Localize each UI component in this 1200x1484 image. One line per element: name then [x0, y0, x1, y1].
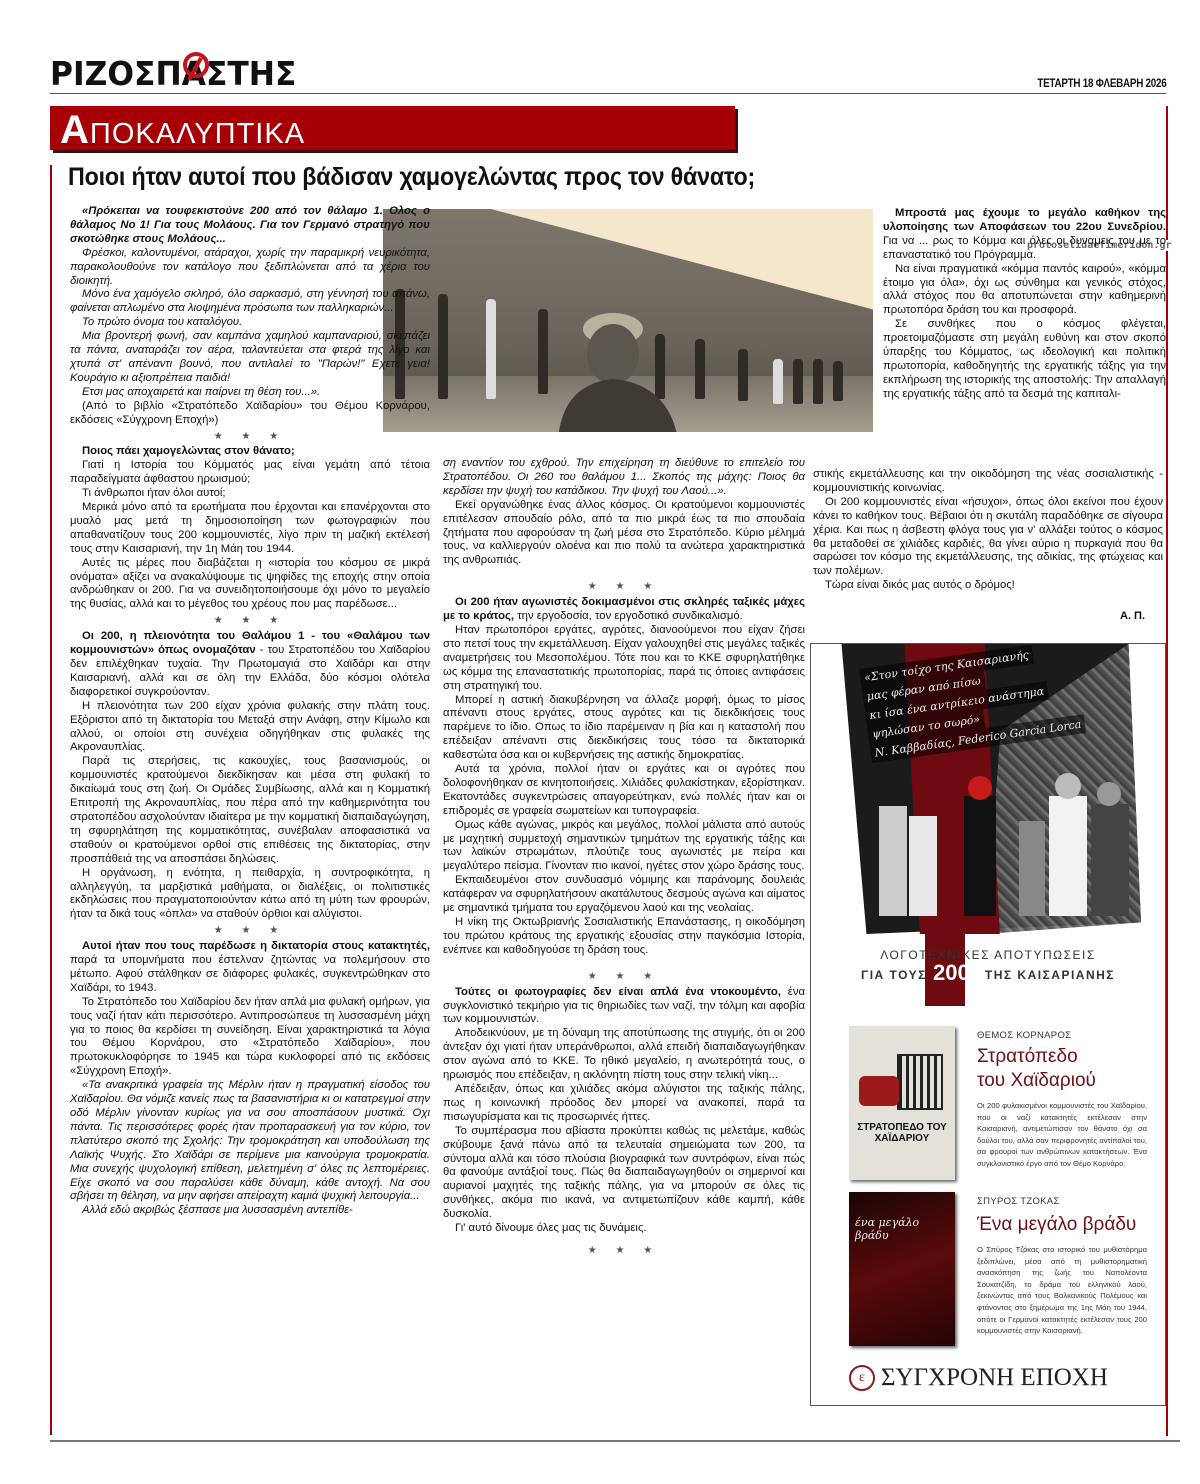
photo-figure — [438, 294, 448, 399]
photo-figure — [813, 359, 823, 404]
right-red-rule — [1166, 106, 1168, 1436]
book-author: ΘΕΜΟΣ ΚΟΡΝΑΡΟΣ — [977, 1030, 1071, 1041]
article-column-3-top: Μπροστά μας έχουμε το μεγάλο καθήκον της… — [883, 207, 1166, 402]
paragraph: Οι 200 κομμουνιστές είναι «ήσυχοι», όπως… — [813, 496, 1163, 579]
paragraph: Απέδειξαν, όπως και χιλιάδες ακόμα αλύγι… — [443, 1083, 805, 1125]
paragraph: Ετσι μας αποχαιρετά και παίρνει τη θέση … — [70, 386, 430, 400]
lead-in: Μπροστά μας έχουμε το μεγάλο καθήκον της… — [883, 207, 1166, 233]
paragraph: Μερικά μόνο από τα ερωτήματα που έρχοντα… — [70, 501, 430, 557]
book-cover-title: ένα μεγάλο βράδυ — [855, 1216, 955, 1242]
section-divider: ★ ★ ★ — [443, 970, 805, 984]
lead-in-rest: την εργοδοσία, τον εργοδοτικό συνδικαλισ… — [514, 610, 743, 622]
paragraph: στικής εκμετάλλευσης και την οικοδόμηση … — [813, 468, 1163, 496]
book-author: ΣΠΥΡΟΣ ΤΖΟΚΑΣ — [977, 1196, 1060, 1207]
ad-number-200: 200 — [933, 960, 970, 986]
publisher-logo: ε ΣΥΓΧΡΟΝΗ ΕΠΟΧΗ — [849, 1364, 1108, 1392]
photo-figure — [793, 359, 803, 404]
paragraph: Η νίκη της Οκτωβριανής Σοσιαλιστικής Επα… — [443, 916, 805, 958]
execution-photo — [383, 209, 873, 432]
paragraph: Αυτές τις μέρες που διαβάζεται η «ιστορί… — [70, 557, 430, 613]
ad-subtitle: ΛΟΓΟΤΕΧΝΙΚΕΣ ΑΠΟΤΥΠΩΣΕΙΣ — [811, 948, 1165, 962]
paragraph: «Τα ανακριτικά γραφεία της Μέρλιν ήταν η… — [70, 1079, 430, 1204]
book-cover-title: ΣΤΡΑΤΟΠΕΔΟ ΤΟΥ ΧΑΪΔΑΡΙΟΥ — [857, 1122, 947, 1144]
paragraph: Η πλειονότητα των 200 είχαν χρόνια φυλακ… — [70, 700, 430, 756]
photo-figure — [833, 361, 843, 401]
ad-subtitle-left: ΓΙΑ ΤΟΥΣ — [861, 968, 927, 982]
opening-quote: «Πρόκειται να τουφεκιστούνε 200 από τον … — [70, 205, 430, 247]
book-title: Στρατόπεδο — [977, 1046, 1078, 1068]
hammer-sickle-icon — [181, 50, 211, 88]
page-bottom-rule — [50, 1440, 1180, 1442]
paragraph: Παρά τις στερήσεις, τις κακουχίες, τους … — [70, 755, 430, 866]
paragraph: Αυτά τα χρόνια, πολλοί ήταν οι εργάτες κ… — [443, 763, 805, 819]
newspaper-logo: ΡΙΖΟΣΠΑΣΤΗΣ — [50, 54, 296, 93]
ad-cover-people — [869, 766, 1139, 916]
prisoners-illustration — [859, 1076, 899, 1106]
photo-figure — [738, 349, 748, 401]
paragraph: Να είναι πραγματικά «κόμμα παντός καιρού… — [883, 263, 1166, 319]
article-column-3-bottom: στικής εκμετάλλευσης και την οικοδόμηση … — [813, 468, 1163, 593]
book-title: Ένα μεγάλο βράδυ — [977, 1214, 1136, 1236]
paragraph: Ηταν πρωτοπόροι εργάτες, αγρότες, διανοο… — [443, 624, 805, 694]
section-divider: ★ ★ ★ — [70, 430, 430, 444]
quote-source: (Από το βιβλίο «Στρατόπεδο Χαϊδαρίου» το… — [70, 400, 430, 428]
publisher-name: ΣΥΓΧΡΟΝΗ ΕΠΟΧΗ — [881, 1364, 1108, 1392]
subheading: Ποιος πάει χαμογελώντας στον θάνατο; — [70, 445, 430, 459]
paragraph: Αυτοί ήταν που τους παρέδωσε η δικτατορί… — [70, 940, 430, 996]
paragraph: Τώρα είναι δικός μας αυτός ο δρόμος! — [813, 579, 1163, 593]
article-column-2: ση εναντίον του εχθρού. Την επιχείρηση τ… — [443, 457, 805, 1260]
paragraph: Φρέσκοι, καλοντυμένοι, ατάραχοι, χωρίς τ… — [70, 247, 430, 289]
paragraph: Το συμπέρασμα που αβίαστα προκύπτει καθώ… — [443, 1125, 805, 1222]
ad-subtitle-right: ΤΗΣ ΚΑΙΣΑΡΙΑΝΗΣ — [985, 968, 1115, 982]
paragraph: Εκεί οργανώθηκε ένας άλλος κόσμος. Οι κρ… — [443, 499, 805, 569]
ad-cover-image: «Στον τοίχο της Καισαριανής μας φέραν απ… — [829, 644, 1141, 934]
section-title-rest: ΠΟΚΑΛΥΠΤΙΚΑ — [90, 118, 305, 150]
paragraph: Η οργάνωση, η ενότητα, η πειθαρχία, η συ… — [70, 867, 430, 923]
publisher-mark-icon: ε — [849, 1365, 875, 1391]
paragraph: Τούτες οι φωτογραφίες δεν είναι απλά ένα… — [443, 986, 805, 1028]
author-initials: Α. Π. — [1120, 610, 1145, 622]
paragraph: Το Στρατόπεδο του Χαϊδαρίου δεν ήταν απλ… — [70, 996, 430, 1079]
book-cover-megalo-vradu[interactable]: ένα μεγάλο βράδυ — [849, 1192, 955, 1346]
masthead: ΡΙΖΟΣΠΑΣΤΗΣ ΤΕΤΑΡΤΗ 18 ΦΛΕΒΑΡΗ 2026 — [50, 50, 1166, 94]
section-divider: ★ ★ ★ — [70, 614, 430, 628]
paragraph: Αποδεικνύουν, με τη δύναμη της αποτύπωση… — [443, 1027, 805, 1083]
photo-figure — [695, 339, 705, 399]
article-column-1: «Πρόκειται να τουφεκιστούνε 200 από τον … — [70, 205, 430, 1218]
section-divider: ★ ★ ★ — [70, 924, 430, 938]
paragraph: Τι άνθρωποι ήταν όλοι αυτοί; — [70, 487, 430, 501]
paragraph: ση εναντίον του εχθρού. Την επιχείρηση τ… — [443, 457, 805, 499]
article-headline: Ποιοι ήταν αυτοί που βάδισαν χαμογελώντα… — [68, 163, 755, 192]
book-title-line2: του Χαϊδαριού — [977, 1070, 1096, 1092]
book-description: Ο Σπύρος Τζόκας στο ιστορικό του μυθιστό… — [977, 1244, 1147, 1337]
gate-icon — [897, 1054, 943, 1110]
issue-date: ΤΕΤΑΡΤΗ 18 ΦΛΕΒΑΡΗ 2026 — [1037, 76, 1166, 90]
paragraph: Μπορεί η αστική διακυβέρνηση να άλλαζε μ… — [443, 694, 805, 764]
lead-in: Αυτοί ήταν που τους παρέδωσε η δικτατορί… — [82, 940, 430, 952]
section-divider: ★ ★ ★ — [443, 580, 805, 594]
paragraph: Αλλά εδώ ακριβώς ξέσπασε μια λυσσασμένη … — [70, 1204, 430, 1218]
lead-in-rest: Για να ... ρως το Κόμμα και όλες οι δυνα… — [883, 235, 1166, 261]
paragraph: Ομως κάθε αγώνας, μικρός και μεγάλος, πο… — [443, 819, 805, 875]
paragraph: Σε συνθήκες που ο κόσμος φλέγεται, προετ… — [883, 318, 1166, 401]
paragraph: Οι 200 ήταν αγωνιστές δοκιμασμένοι στις … — [443, 596, 805, 624]
paragraph: Οι 200, η πλειονότητα του Θαλάμου 1 - το… — [70, 630, 430, 700]
photo-figure — [486, 299, 496, 399]
book-description: Οι 200 φυλακισμένοι κομμουνιστές του Χαϊ… — [977, 1100, 1147, 1170]
lead-in-rest: παρά τα υπομνήματα που έστελναν ζητώντας… — [70, 954, 430, 994]
paragraph: Το πρώτο όνομα του καταλόγου. — [70, 316, 430, 330]
paragraph: Μπροστά μας έχουμε το μεγάλο καθήκον της… — [883, 207, 1166, 263]
book-cover-stratopedo[interactable]: ΣΤΡΑΤΟΠΕΔΟ ΤΟΥ ΧΑΪΔΑΡΙΟΥ — [849, 1026, 955, 1180]
paragraph: Γιατί η Ιστορία του Κόμματός μας είναι γ… — [70, 459, 430, 487]
paragraph: Εκπαιδευμένοι στον συνδυασμό νόμιμης και… — [443, 874, 805, 916]
section-title: ΑΠΟΚΑΛΥΠΤΙΚΑ — [60, 108, 305, 153]
book-advertisement: «Στον τοίχο της Καισαριανής μας φέραν απ… — [810, 643, 1166, 1406]
photo-figure — [538, 309, 548, 394]
section-title-cap: Α — [60, 108, 90, 152]
section-divider: ★ ★ ★ — [443, 1244, 805, 1258]
section-banner: ΑΠΟΚΑΛΥΠΤΙΚΑ — [50, 106, 735, 150]
paragraph: Γι' αυτό δίνουμε όλες μας τις δυνάμεις. — [443, 1222, 805, 1236]
soldier-silhouette — [548, 299, 688, 432]
paragraph: Μια βροντερή φωνή, σαν καμπάνα χαμηλού κ… — [70, 330, 430, 386]
ad-subtitle-2: ΓΙΑ ΤΟΥΣ ΤΗΣ ΚΑΙΣΑΡΙΑΝΗΣ — [811, 968, 1165, 982]
photo-figure — [773, 359, 783, 404]
left-red-rule — [50, 165, 52, 1435]
paragraph: Μόνο ένα χαμόγελο σκληρό, όλο σαρκασμό, … — [70, 288, 430, 316]
lead-in: Τούτες οι φωτογραφίες δεν είναι απλά ένα… — [455, 986, 781, 998]
